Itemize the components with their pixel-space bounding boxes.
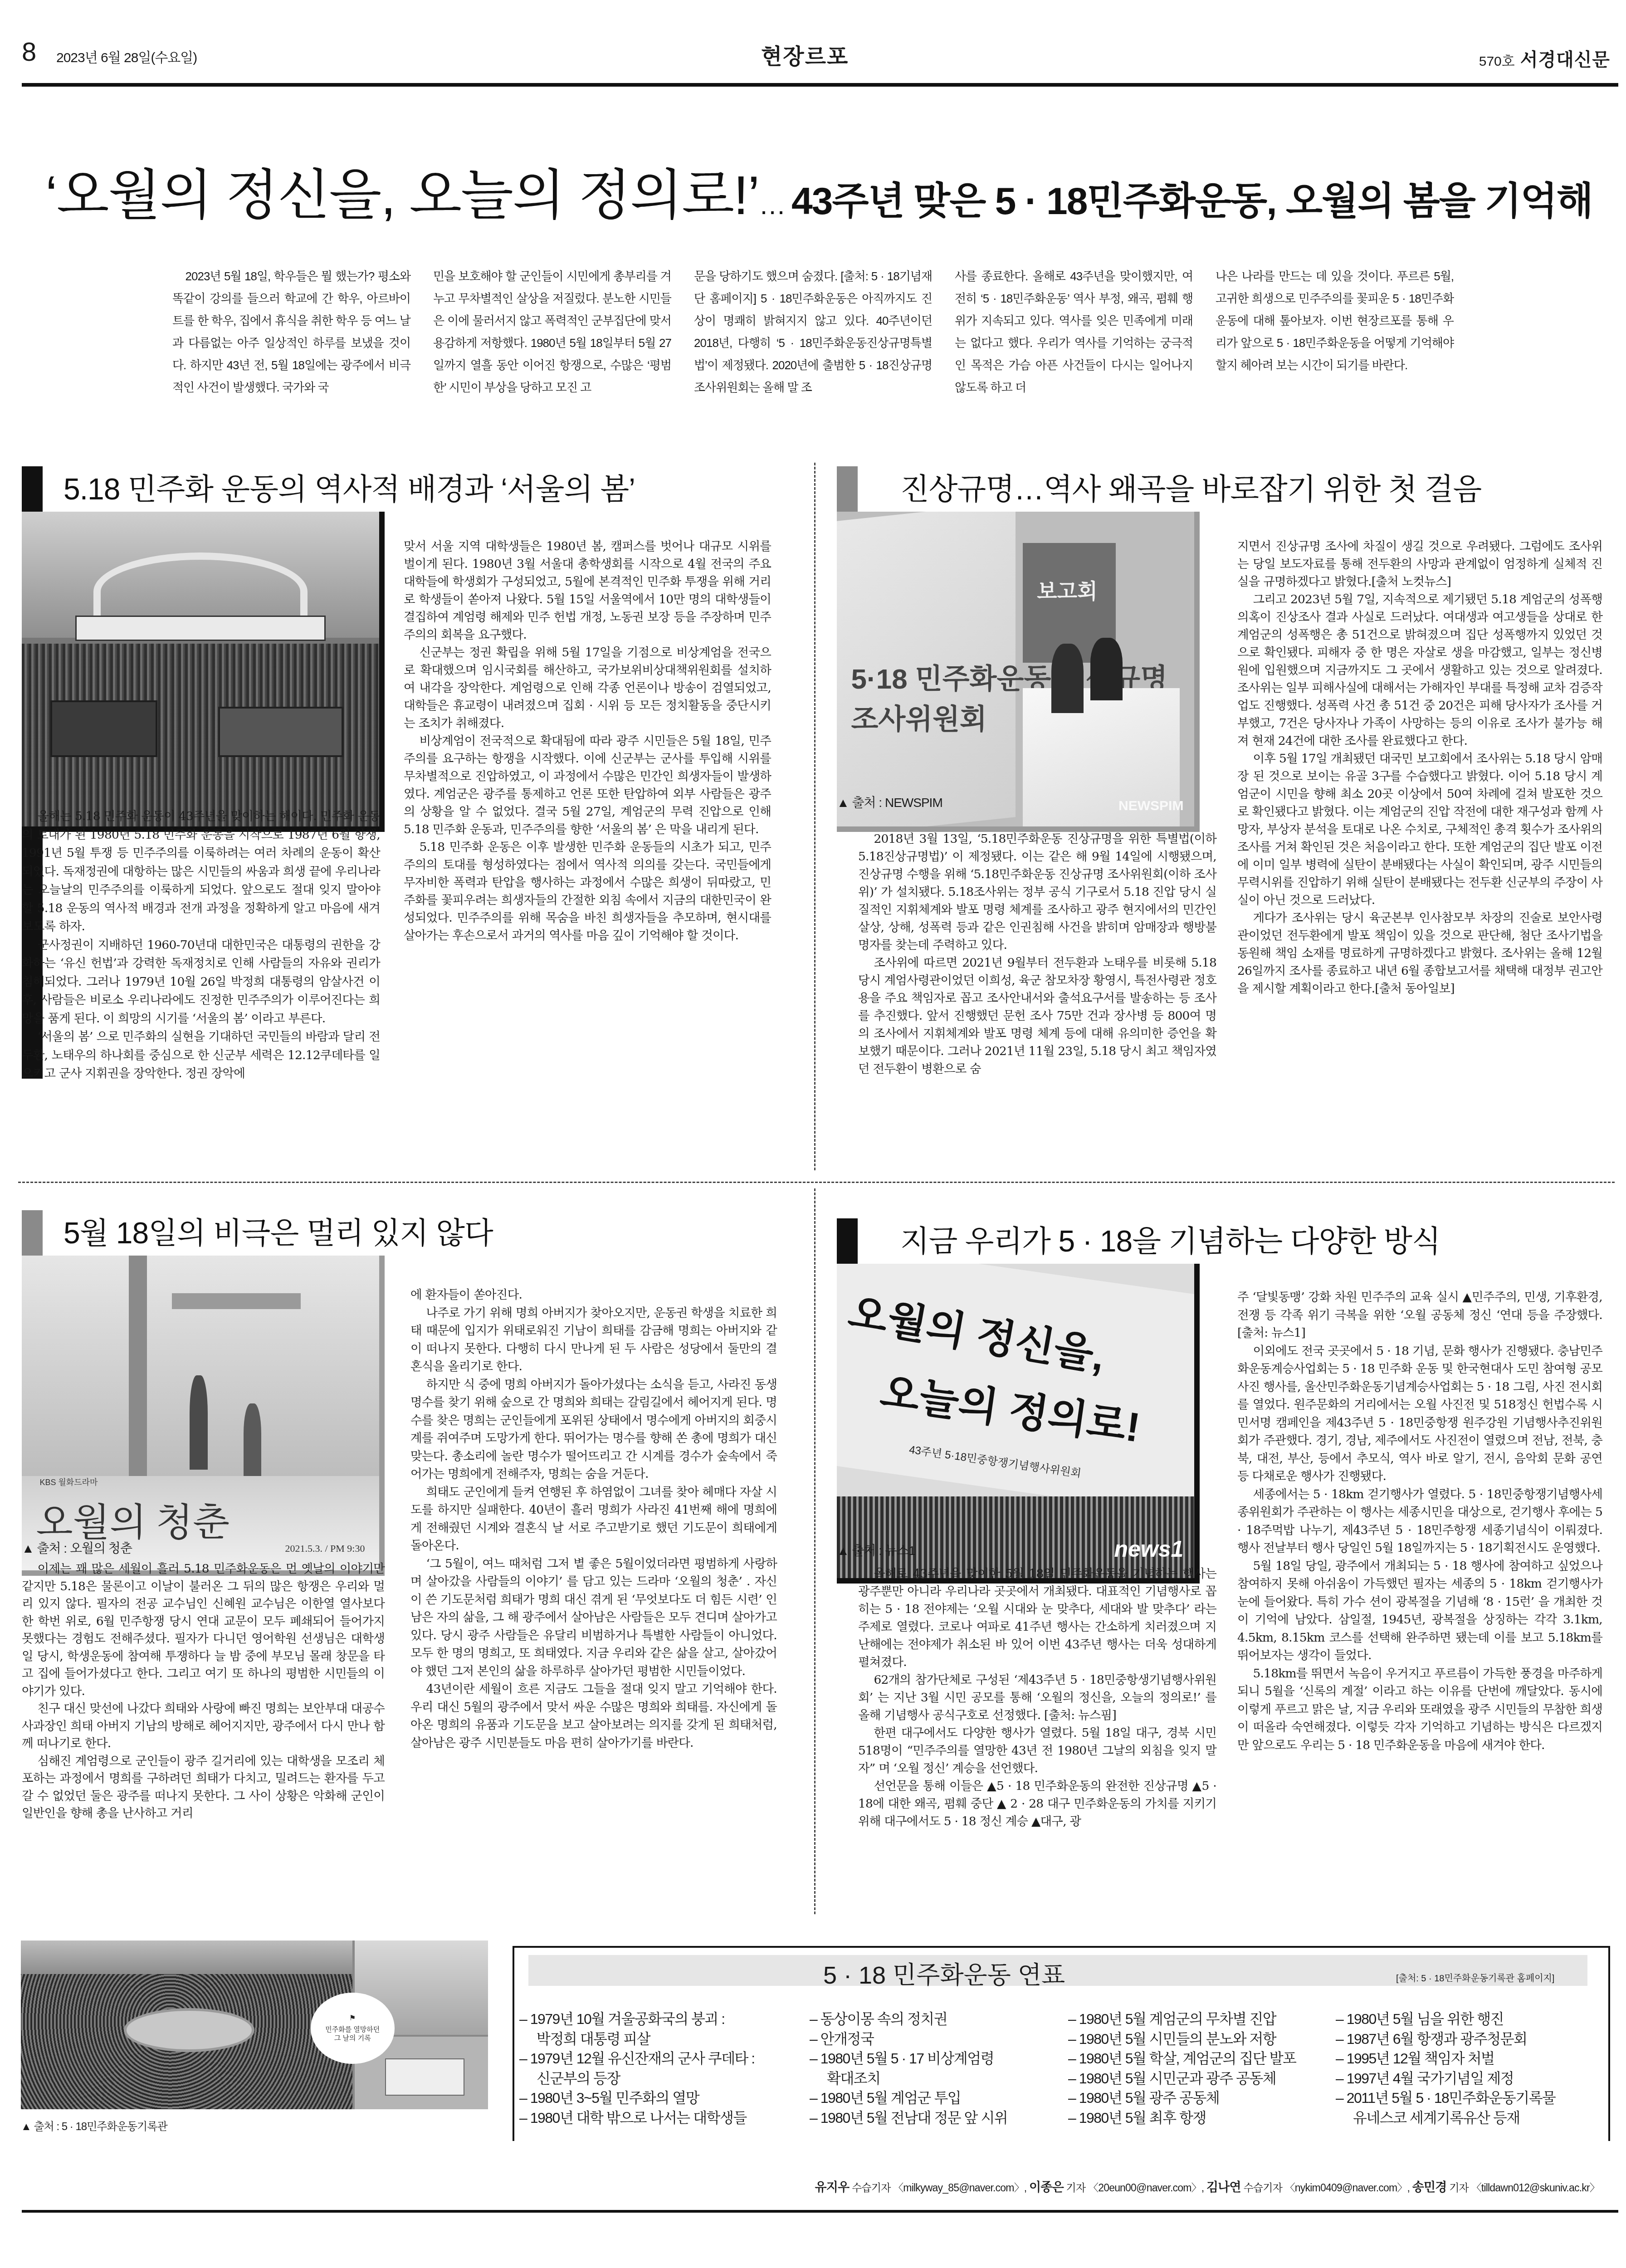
reporter-role: 수습기자 [1243,2182,1282,2194]
timeline-item: – 1980년 5월 님을 위한 행진 [1336,2009,1556,2029]
collage-badge: ⚑ 민주화를 열망하던 그 날의 기록 [311,1993,395,2063]
paragraph: 에 환자들이 쏟아진다. [410,1286,777,1304]
paragraph: 올해로 43주년을 맞이한 5월 18일 민주화운동을 기념하는 행사는 광주뿐… [858,1565,1216,1671]
paragraph: 조사위에 따르면 2021년 9월부터 전두환과 노태우를 비롯해 5.18 당… [858,954,1216,1078]
section-4-title: 지금 우리가 5 · 18을 기념하는 다양한 방식 [900,1217,1440,1260]
badge-text-1: 민주화를 열망하던 [325,2025,380,2034]
paragraph: ‘서울의 봄’ 으로 민주화의 실현을 기대하던 국민들의 바람과 달리 전두환… [22,1028,380,1083]
timeline-item: – 1987년 6월 항쟁과 광주청문회 [1336,2029,1556,2049]
reporter-email[interactable]: 〈tilldawn012@skuniv.ac.kr〉 [1471,2182,1600,2194]
timeline-item-cont: 신군부의 등장 [519,2069,755,2089]
person-shape [244,1403,261,1479]
paragraph: 5.18 민주화 운동은 이후 발생한 민주화 운동들의 시초가 되고, 민주주… [404,838,771,944]
section-name: 현장르포 [761,39,849,70]
timeline-item: – 1979년 10월 겨울공화국의 붕괴 : [519,2009,755,2029]
timeline-item: – 1980년 5월 계엄군의 무차별 진압 [1068,2009,1296,2029]
flag-icon: ⚑ [349,2014,356,2023]
section-4-caption: ▲ 출처 : 뉴스1 [837,1541,915,1559]
section-2-caption: ▲ 출처 : NEWSPIM [837,793,942,811]
section-1-title: 5.18 민주화 운동의 역사적 배경과 ‘서울의 봄’ [63,465,635,508]
byline: 유지우 수습기자 〈milkyway_85@naver.com〉, 이종은 기자… [815,2177,1600,2195]
paper-name: 서경대신문 [1520,50,1610,70]
timeline-item-cont: 확대조치 [810,2069,1007,2089]
bus-stop-roof [172,1293,301,1309]
paragraph: 게다가 조사위는 당시 육군본부 인사참모부 차장의 진술로 보안사령관이었던 … [1237,909,1602,997]
headline-main: ‘오월의 정신을, 오늘의 정의로!’ [45,165,759,226]
reporter-role: 수습기자 [852,2182,891,2194]
paragraph: ‘그 5월이, 여느 때처럼 그저 볕 좋은 5월이었더라면 평범하게 사랑하며… [410,1555,777,1681]
reporter-name: 김나연 [1206,2180,1241,2194]
bottom-collage-photo: ⚑ 민주화를 열망하던 그 날의 기록 [21,1941,488,2109]
person-shape [1051,644,1084,713]
section-2-body-right: 지면서 진상규명 조사에 차질이 생길 것으로 우려됐다. 그럼에도 조사위는 … [1237,538,1602,997]
taegukgi-flag [385,2058,464,2096]
poster-date-text: 2021.5.3. / PM 9:30 [285,1543,365,1554]
reporter-role: 기자 [1449,2182,1469,2194]
bus-shape [50,700,157,757]
timeline-item-cont: 박정희 대통령 피살 [519,2029,755,2049]
timeline-item: – 1980년 5월 계엄군 투입 [810,2088,1007,2108]
fountain-shape [124,2008,254,2052]
row-divider [18,1182,1615,1183]
paragraph: 주 ‘달빛동맹’ 강화 차원 민주주의 교육 실시 ▲민주주의, 민생, 기후환… [1237,1288,1602,1342]
section-2-photo: 5·18 민주화운동 진상규명조사위원회 보고회 NEWSPIM [837,512,1200,832]
timeline-item: – 2011년 5월 5 · 18민주화운동기록물 [1336,2088,1556,2108]
person-shape [190,1375,207,1470]
column-divider-bottom [814,1188,815,1914]
paragraph: 심해진 계엄령으로 군인들이 광주 길거리에 있는 대학생을 모조리 체포하는 … [22,1753,385,1823]
timeline-item: – 1980년 5월 5 · 17 비상계엄령 [810,2049,1007,2069]
poster-network-text: KBS 월화드라마 [39,1476,98,1488]
headline-sub: 43주년 맞은 5 · 18민주화운동, 오월의 봄을 기억해 [791,180,1592,222]
section-3-body-left: 이제는 꽤 많은 세월이 흘러 5.18 민주화운동은 먼 옛날의 이야기만 같… [22,1560,385,1823]
timeline-item: – 1997년 4월 국가기념일 제정 [1336,2069,1556,2089]
paragraph: 희태도 군인에게 들켜 연행된 후 하염없이 그녀를 찾아 헤매다 자살 시도를… [410,1483,777,1555]
reporter-email[interactable]: 〈20eun00@naver.com〉, [1088,2182,1204,2194]
photo-watermark: news1 [1114,1536,1184,1562]
timeline-item: – 1995년 12월 책임자 처벌 [1336,2049,1556,2069]
paragraph: 이외에도 전국 곳곳에서 5 · 18 기념, 문화 행사가 진행됐다. 충남민… [1237,1342,1602,1486]
issue-date: 2023년 6월 28일(수요일) [56,46,197,66]
section-4-body-left: 올해로 43주년을 맞이한 5월 18일 민주화운동을 기념하는 행사는 광주뿐… [858,1565,1216,1830]
section-4-body-right: 주 ‘달빛동맹’ 강화 차원 민주주의 교육 실시 ▲민주주의, 민생, 기후환… [1237,1288,1602,1754]
paragraph: 43년이란 세월이 흐른 지금도 그들을 절대 잊지 말고 기억해야 한다. 우… [410,1680,777,1752]
timeline-item: – 1980년 5월 전남대 정문 앞 시위 [810,2108,1007,2128]
timeline-item: – 1980년 5월 시민들의 분노와 저항 [1068,2029,1296,2049]
reporter-name: 송민경 [1412,2180,1447,2194]
footer-rule [22,2210,1618,2213]
timeline-item: – 안개정국 [810,2029,1007,2049]
paragraph: 친구 대신 맞선에 나갔다 희태와 사랑에 빠진 명희는 보안부대 대공수사과장… [22,1700,385,1753]
backdrop-text: 보고회 [1037,575,1097,605]
paragraph: 5월 18일 당일, 광주에서 개최되는 5 · 18 행사에 참여하고 싶었으… [1237,1557,1602,1665]
paragraph: 이제는 꽤 많은 세월이 흘러 5.18 민주화운동은 먼 옛날의 이야기만 같… [22,1560,385,1700]
section-3-title: 5월 18일의 비극은 멀리 있지 않다 [63,1209,493,1252]
paragraph: 군사정권이 지배하던 1960-70년대 대한민국은 대통령의 권한을 강화하는… [22,936,380,1028]
paragraph: 5.18km를 뛰면서 녹음이 우거지고 푸르름이 가득한 풍경을 마주하게 되… [1237,1665,1602,1755]
issue-info: 570호서경대신문 [1479,45,1610,71]
headline-ellipsis: … [759,190,785,220]
timeline-source: [출처: 5 · 18민주화운동기록관 홈페이지] [1396,1971,1554,1984]
section-2-title: 진상규명…역사 왜곡을 바로잡기 위한 첫 걸음 [900,465,1481,508]
watermark-text: NEWSPIM [1118,798,1183,814]
timeline-item: – 1979년 12월 유신잔재의 군사 쿠데타 : [519,2049,755,2069]
section-3-caption: ▲ 출처 : 오월의 청춘 [22,1539,132,1557]
timeline-item: – 1980년 5월 광주 공동체 [1068,2088,1296,2108]
section-3-photo: KBS 월화드라마 오월의 청춘 2021.5.3. / PM 9:30 [22,1256,385,1576]
paragraph: 올해는 5.18 민주화 운동이 43주년을 맞이하는 해이다. 민주화 운동의… [22,807,380,936]
intro-col-2: 민을 보호해야 할 군인들이 시민에게 총부리를 겨누고 무차별적인 살상을 저… [433,265,671,399]
headline: ‘오월의 정신을, 오늘의 정의로!’…43주년 맞은 5 · 18민주화운동,… [45,152,1615,230]
timeline-item: – 1980년 5월 학살, 계엄군의 집단 발포 [1068,2049,1296,2069]
person-shape [1090,638,1123,701]
masthead-rule [22,83,1618,87]
timeline-item: – 1980년 5월 시민군과 광주 공동체 [1068,2069,1296,2089]
paragraph: 비상계엄이 전국적으로 확대됨에 따라 광주 시민들은 5월 18일, 민주주의… [404,732,771,838]
timeline-item: – 1980년 5월 최후 항쟁 [1068,2108,1296,2128]
bottom-photo-caption: ▲ 출처 : 5 · 18민주화운동기록관 [21,2117,167,2133]
timeline-item: – 동상이몽 속의 정치권 [810,2009,1007,2029]
reporter-email[interactable]: 〈nykim0409@naver.com〉, [1285,2182,1410,2194]
column-divider-top [814,463,815,1170]
timeline-col-2: – 동상이몽 속의 정치권 – 안개정국 – 1980년 5월 5 · 17 비… [810,2009,1007,2128]
section-3-bar [22,1210,43,1256]
reporter-name: 이종은 [1029,2180,1064,2194]
section-1-photo [22,512,385,832]
reporter-email[interactable]: 〈milkyway_85@naver.com〉, [893,2182,1026,2194]
badge-text-2: 그 날의 기록 [334,2034,371,2043]
intro-col-5: 나은 나라를 만드는 데 있을 것이다. 푸르른 5월, 고귀한 희생으로 민주… [1216,265,1454,376]
section-1-body-right: 맞서 서울 지역 대학생들은 1980년 봄, 캠퍼스를 벗어나 대규모 시위를… [404,538,771,944]
reporter-name: 유지우 [815,2180,849,2194]
paragraph: 그리고 2023년 5월 7일, 지속적으로 제기됐던 5.18 계엄군의 성폭… [1237,591,1602,750]
timeline-item: – 1980년 3~5월 민주화의 열망 [519,2088,755,2108]
reporter-role: 기자 [1066,2182,1086,2194]
paragraph: 선언문을 통해 이들은 ▲5 · 18 민주화운동의 완전한 진상규명 ▲5 ·… [858,1777,1216,1830]
intro-col-4: 사를 종료한다. 올해로 43주년을 맞이했지만, 여전히 ‘5 · 18민주화… [955,265,1193,399]
paragraph: 세종에서는 5 · 18km 걷기행사가 열렸다. 5 · 18민중항쟁기념행사… [1237,1486,1602,1557]
masthead: 8 2023년 6월 28일(수요일) 현장르포 570호서경대신문 [22,36,1618,64]
timeline-col-3: – 1980년 5월 계엄군의 무차별 진압 – 1980년 5월 시민들의 분… [1068,2009,1296,2128]
section-4-bar [837,1218,858,1264]
paragraph: 하지만 식 중에 명희 아버지가 돌아가셨다는 소식을 듣고, 사라진 동생 명… [410,1376,777,1483]
paragraph: 맞서 서울 지역 대학생들은 1980년 봄, 캠퍼스를 벗어나 대규모 시위를… [404,538,771,644]
paragraph: 2018년 3월 13일, ‘5.18민주화운동 진상규명을 위한 특별법(이하… [858,830,1216,954]
paragraph: 지면서 진상규명 조사에 차질이 생길 것으로 우려됐다. 그럼에도 조사위는 … [1237,538,1602,591]
paragraph: 나주로 가기 위해 명희 아버지가 찾아오지만, 운동권 학생을 치료한 희태 … [410,1304,777,1376]
timeline-item: – 1980년 대학 밖으로 나서는 대학생들 [519,2108,755,2128]
section-3-body-right: 에 환자들이 쏟아진다. 나주로 가기 위해 명희 아버지가 찾아오지만, 운동… [410,1286,777,1752]
section-2-body-left: 2018년 3월 13일, ‘5.18민주화운동 진상규명을 위한 특별법(이하… [858,830,1216,1078]
bus-shape-2 [218,707,343,757]
paragraph: 한편 대구에서도 다양한 행사가 열렸다. 5월 18일 대구, 경북 시민 5… [858,1724,1216,1777]
plaza-buildings [21,1941,352,1974]
section-1-body-left: 올해는 5.18 민주화 운동이 43주년을 맞이하는 해이다. 민주화 운동의… [22,807,380,1083]
page-number: 8 [22,39,36,65]
timeline-item-cont: 유네스코 세계기록유산 등재 [1336,2108,1556,2128]
paragraph: 이후 5월 17일 개최됐던 대국민 보고회에서 조사위는 5.18 당시 암매… [1237,750,1602,909]
timeline-col-1: – 1979년 10월 겨울공화국의 붕괴 : 박정희 대통령 피살 – 197… [519,2009,755,2128]
pole-shape [129,1256,146,1507]
timeline-col-4: – 1980년 5월 님을 위한 행진 – 1987년 6월 항쟁과 광주청문회… [1336,2009,1556,2128]
banner-shape [75,616,326,641]
section-4-photo: 오월의 정신을, 오늘의 정의로! 43주년 5·18민중항쟁기념행사위원회 n… [837,1264,1200,1584]
paragraph: 신군부는 정권 확립을 위해 5월 17일을 기점으로 비상계엄을 전국으로 확… [404,644,771,732]
issue-number: 570호 [1479,54,1515,69]
intro-col-3: 문을 당하기도 했으며 숨졌다. [출처: 5 · 18기념재단 홈페이지] 5… [694,265,932,399]
intro-col-1: 2023년 5월 18일, 학우들은 뭘 했는가? 평소와 똑같이 강의를 들으… [172,265,410,399]
timeline-title: 5 · 18 민주화운동 연표 [823,1956,1065,1991]
paragraph: 62개의 참가단체로 구성된 ‘제43주년 5 · 18민중항생기념행사위원회’… [858,1671,1216,1724]
section-2-bar [837,466,858,512]
